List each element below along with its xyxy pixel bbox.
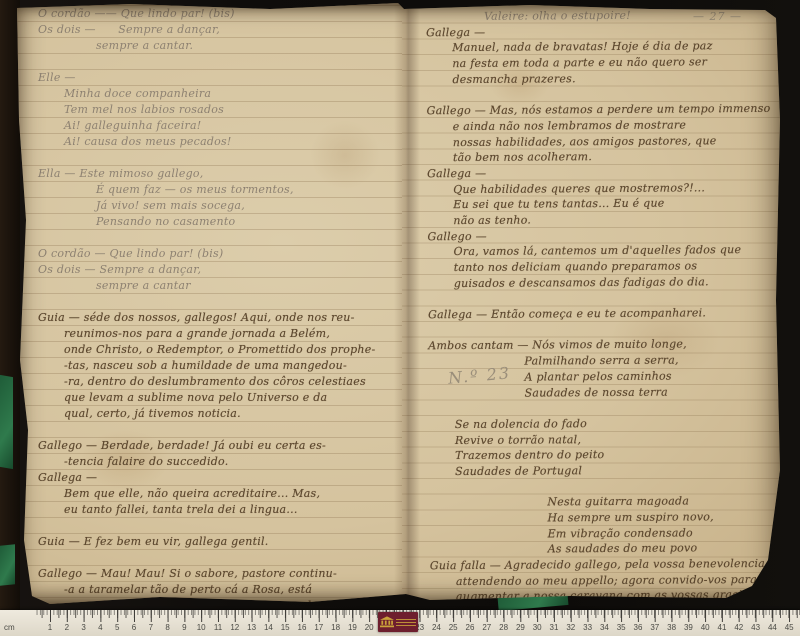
handwritten-line: Minha doce companheira — [38, 86, 394, 102]
ruler-number: 9 — [182, 623, 186, 632]
ruler-number: 39 — [684, 623, 693, 632]
ruler-number: 10 — [197, 623, 206, 632]
ruler-number: 13 — [247, 623, 256, 632]
handwritten-line: Guia — séde dos nossos, gallegos! Aqui, … — [38, 310, 394, 326]
ruler-number: 31 — [550, 623, 559, 632]
handwritten-line: É quem faz — os meus tormentos, — [38, 182, 394, 198]
ruler: cm 1234567891011121314151617181920212223… — [0, 610, 800, 636]
handwritten-line: reunimos-nos para a grande jornada a Bel… — [38, 326, 394, 342]
logo-text-lines — [396, 619, 416, 626]
ruler-number: 37 — [650, 623, 659, 632]
ruler-number: 33 — [583, 623, 592, 632]
ruler-number: 42 — [734, 623, 743, 632]
handwritten-line — [38, 54, 394, 70]
handwritten-line: Bem que elle, não queira acreditaire... … — [38, 486, 394, 502]
center-fold — [394, 0, 420, 608]
ruler-number: 19 — [348, 623, 357, 632]
handwritten-line: -tencia falaire do succedido. — [38, 454, 394, 470]
ruler-number: 27 — [482, 623, 491, 632]
book-spine-shadow — [0, 0, 20, 610]
left-page-text: O cordão —— Que lindo par! (bis)Os dois … — [38, 6, 394, 614]
manuscript-spread: O cordão —— Que lindo par! (bis)Os dois … — [10, 0, 790, 608]
ruler-number: 44 — [768, 623, 777, 632]
handwritten-line — [38, 550, 394, 566]
handwritten-line: augmentar a nossa caravana com as vossas… — [430, 587, 786, 605]
ruler-number: 14 — [264, 623, 273, 632]
handwritten-line: Gallego — Mas, nós estamos a perdere um … — [427, 101, 783, 119]
handwritten-line: eu tanto fallei, tanta trela dei a lingu… — [38, 502, 394, 518]
ruler-number: 40 — [701, 623, 710, 632]
ruler-number: 16 — [298, 623, 307, 632]
handwritten-line: Ora, vamos lá, cantemos um d'aquelles fa… — [428, 242, 784, 260]
handwritten-line: O cordão —— Que lindo par! (bis) — [38, 6, 394, 22]
handwritten-line: -ra, dentro do deslumbramento dos côros … — [38, 374, 394, 390]
handwritten-line: Gallego — Berdade, berdade! Já oubi eu c… — [38, 438, 394, 454]
handwritten-line — [38, 518, 394, 534]
handwritten-line — [38, 422, 394, 438]
ruler-number: 20 — [365, 623, 374, 632]
ruler-number: 38 — [667, 623, 676, 632]
ruler-number: 45 — [785, 623, 794, 632]
page-number: — 27 — — [693, 10, 742, 23]
ruler-number: 2 — [65, 623, 69, 632]
handwritten-line: sempre a cantar. — [38, 38, 394, 54]
ruler-number: 4 — [98, 623, 102, 632]
ruler-number: 24 — [432, 623, 441, 632]
ruler-number: 32 — [566, 623, 575, 632]
ruler-number: 34 — [600, 623, 609, 632]
ruler-number: 7 — [149, 623, 153, 632]
ruler-number: 8 — [165, 623, 169, 632]
ruler-number: 28 — [499, 623, 508, 632]
handwritten-line: Ella — Este mimoso gallego, — [38, 166, 394, 182]
ruler-number: 15 — [281, 623, 290, 632]
scanned-manuscript-viewer: O cordão —— Que lindo par! (bis)Os dois … — [0, 0, 800, 636]
ruler-number: 41 — [718, 623, 727, 632]
ruler-number: 25 — [449, 623, 458, 632]
handwritten-line: Ai! galleguinha faceira! — [38, 118, 394, 134]
library-building-icon — [380, 615, 394, 629]
handwritten-line: Elle — — [38, 70, 394, 86]
ruler-number: 43 — [751, 623, 760, 632]
ruler-number: 12 — [230, 623, 239, 632]
handwritten-line: Gallego — Mau! Mau! Si o sabore, pastore… — [38, 566, 394, 582]
handwritten-line — [38, 230, 394, 246]
ruler-number: 3 — [81, 623, 85, 632]
ruler-number: 1 — [48, 623, 52, 632]
handwritten-line: Pensando no casamento — [38, 214, 394, 230]
handwritten-line: Ai! causa dos meus pecados! — [38, 134, 394, 150]
ruler-number: 11 — [214, 623, 222, 632]
handwritten-line: O cordão — Que lindo par! (bis) — [38, 246, 394, 262]
library-logo — [378, 612, 418, 632]
handwritten-line: que levam a sublime nova pelo Universo e… — [38, 390, 394, 406]
handwritten-line: Guia — E fez bem eu vir, gallega gentil. — [38, 534, 394, 550]
ruler-number: 26 — [466, 623, 475, 632]
handwritten-line: Tem mel nos labios rosados — [38, 102, 394, 118]
right-page-text: Valeire: olha o estupoire!Gallega —Manue… — [426, 7, 786, 606]
handwritten-line: onde Christo, o Redemptor, o Promettido … — [38, 342, 394, 358]
ruler-number: 29 — [516, 623, 525, 632]
handwritten-line: qual, certo, já tivemos noticia. — [38, 406, 394, 422]
handwritten-line: Gallega — — [38, 470, 394, 486]
ruler-number: 36 — [634, 623, 643, 632]
ruler-number: 5 — [115, 623, 119, 632]
handwritten-line — [38, 294, 394, 310]
handwritten-line: -tas, nasceu sob a humildade de uma mang… — [38, 358, 394, 374]
handwritten-line: Os dois — Sempre a dançar, — [38, 22, 394, 38]
handwritten-line: sempre a cantar — [38, 278, 394, 294]
ruler-number: 18 — [331, 623, 340, 632]
ruler-number: 30 — [533, 623, 542, 632]
ruler-number: 35 — [617, 623, 626, 632]
ruler-number: 17 — [314, 623, 323, 632]
book-cover-edge — [0, 375, 13, 469]
handwritten-line: Os dois — Sempre a dançar, — [38, 262, 394, 278]
handwritten-line: Já vivo! sem mais socega, — [38, 198, 394, 214]
handwritten-line — [38, 150, 394, 166]
handwritten-line: -a a taramelar tão de perto cá a Rosa, e… — [38, 582, 394, 598]
book-cover-edge — [0, 544, 15, 586]
ruler-number: 6 — [132, 623, 136, 632]
